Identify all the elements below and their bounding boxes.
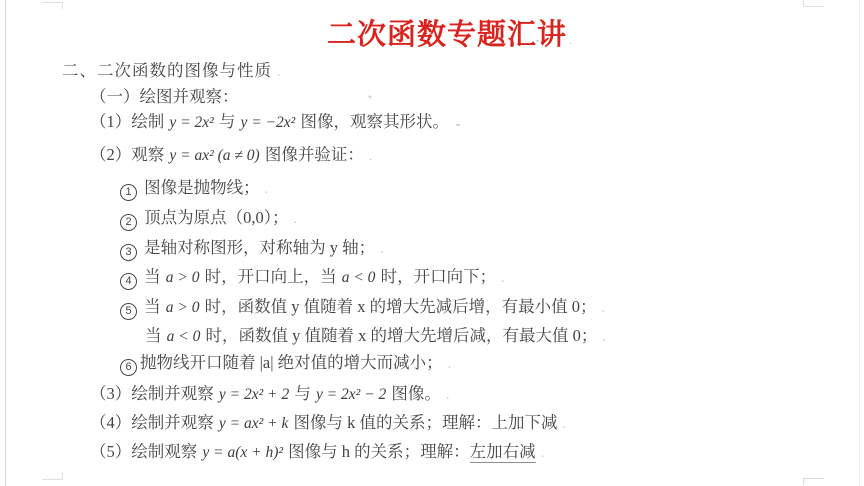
circled-number: 5 <box>120 303 137 320</box>
faint-mark: . <box>601 301 605 316</box>
scan-speck <box>456 124 460 126</box>
line-sub-item-2: 2 顶点为原点（0,0）；. <box>120 208 297 231</box>
text-run: （1）绘制 <box>90 112 168 131</box>
text-run: 当 <box>140 297 165 316</box>
math-formula: a < 0 <box>341 269 377 286</box>
text-run: 图像是抛物线； <box>140 178 260 197</box>
crop-mark-top-right <box>803 0 824 7</box>
line-section-heading: 二、二次函数的图像与性质. <box>62 61 282 83</box>
faint-mark: . <box>562 417 566 432</box>
line-item-1: （1）绘制 y = 2x² 与 y = −2x² 图像，观察其形状。 <box>90 112 449 133</box>
text-run: 抛物线开口随着 |a| 绝对值的增大而减小； <box>140 353 443 372</box>
faint-mark: . <box>294 212 298 227</box>
text-run: 时，开口向下； <box>376 267 496 286</box>
page-title: 二次函数专题汇讲. <box>327 12 573 53</box>
page-left-edge-line <box>5 0 6 486</box>
circled-number: 3 <box>120 244 137 261</box>
circled-number: 1 <box>120 184 137 201</box>
line-sub-item-5b: 当 a < 0 时，函数值 y 值随着 x 的增大先增后减，有最大值 0；. <box>145 326 606 348</box>
text-run: 是轴对称图形，对称轴为 y 轴； <box>140 238 375 257</box>
math-formula: y = a(x + h)² <box>201 444 284 461</box>
text-run: （5）绘制观察 <box>90 442 201 461</box>
faint-mark: . <box>602 330 606 345</box>
crop-mark-bottom-left <box>42 473 63 480</box>
page-right-edge-line <box>859 0 860 486</box>
text-run: 图像并验证： <box>261 145 364 164</box>
circled-number: 2 <box>120 214 137 231</box>
text-run: （3）绘制并观察 <box>90 384 218 403</box>
text-run: 时，函数值 y 值随着 x 的增大先增后减，有最大值 0； <box>201 326 597 345</box>
text-run: 顶点为原点（0,0）； <box>140 208 289 227</box>
line-sub-item-1: 1 图像是抛物线；. <box>120 178 268 201</box>
math-formula: y = ax² (a ≠ 0) <box>168 147 260 164</box>
line-item-5: （5）绘制观察 y = a(x + h)² 图像与 h 的关系；理解：左加右减. <box>90 442 544 464</box>
faint-mark: . <box>369 149 373 164</box>
text-run: （2）观察 <box>90 145 168 164</box>
text-run: 图像，观察其形状。 <box>296 112 449 131</box>
text-run: 图像与 k 值的关系；理解：上加下减 <box>289 413 557 432</box>
text-run: 与 <box>290 384 315 403</box>
math-formula: a > 0 <box>165 269 201 286</box>
circled-number: 4 <box>120 273 137 290</box>
page-title-text: 二次函数专题汇讲 <box>327 19 567 51</box>
faint-mark: . <box>265 182 269 197</box>
line-item-3: （3）绘制并观察 y = 2x² + 2 与 y = 2x² − 2 图像。. <box>90 384 449 406</box>
math-formula: a < 0 <box>166 328 202 345</box>
line-sub-item-6: 6抛物线开口随着 |a| 绝对值的增大而减小；. <box>120 353 451 376</box>
math-formula: a > 0 <box>165 299 201 316</box>
text-run: 当 <box>140 267 165 286</box>
title-trailing-mark: . <box>569 33 573 47</box>
text-run: 图像与 h 的关系；理解： <box>284 442 470 461</box>
faint-mark: . <box>380 242 384 257</box>
text-run: （4）绘制并观察 <box>90 413 218 432</box>
math-formula: y = ax² + k <box>218 415 289 432</box>
text-run: 时，函数值 y 值随着 x 的增大先减后增，有最小值 0； <box>200 297 596 316</box>
line-item-2: （2）观察 y = ax² (a ≠ 0) 图像并验证：. <box>90 145 372 167</box>
faint-mark: . <box>446 388 450 403</box>
circled-number: 6 <box>120 359 137 376</box>
math-formula: y = 2x² + 2 <box>218 386 290 403</box>
math-formula: y = −2x² <box>240 114 297 131</box>
math-formula: y = 2x² − 2 <box>315 386 387 403</box>
faint-mark: . <box>277 65 282 80</box>
faint-mark: . <box>501 271 505 286</box>
line-sub-item-3: 3 是轴对称图形，对称轴为 y 轴；. <box>120 238 384 261</box>
line-sub-item-4: 4 当 a > 0 时，开口向上，当 a < 0 时，开口向下；. <box>120 267 505 290</box>
text-run: 当 <box>145 326 166 345</box>
text-run: （一）绘图并观察： <box>90 87 239 106</box>
line-item-4: （4）绘制并观察 y = ax² + k 图像与 k 值的关系；理解：上加下减. <box>90 413 566 435</box>
crop-mark-bottom-right <box>803 478 824 485</box>
line-sub-item-5a: 5 当 a > 0 时，函数值 y 值随着 x 的增大先减后增，有最小值 0；. <box>120 297 605 320</box>
text-run: 与 <box>215 112 240 131</box>
scan-speck <box>368 95 372 99</box>
text-run: 时，开口向上，当 <box>200 267 340 286</box>
math-formula: y = 2x² <box>168 114 214 131</box>
faint-mark: . <box>541 446 545 461</box>
underlined-text: 左加右减 <box>470 442 536 463</box>
text-run: 图像。 <box>387 384 441 403</box>
crop-mark-top-left <box>42 2 63 9</box>
text-run: 二、二次函数的图像与性质 <box>62 61 272 80</box>
document-page[interactable]: 二次函数专题汇讲. 二、二次函数的图像与性质. （一）绘图并观察： （1）绘制 … <box>0 0 864 486</box>
faint-mark: . <box>448 357 452 372</box>
line-subsection-heading: （一）绘图并观察： <box>90 87 239 107</box>
